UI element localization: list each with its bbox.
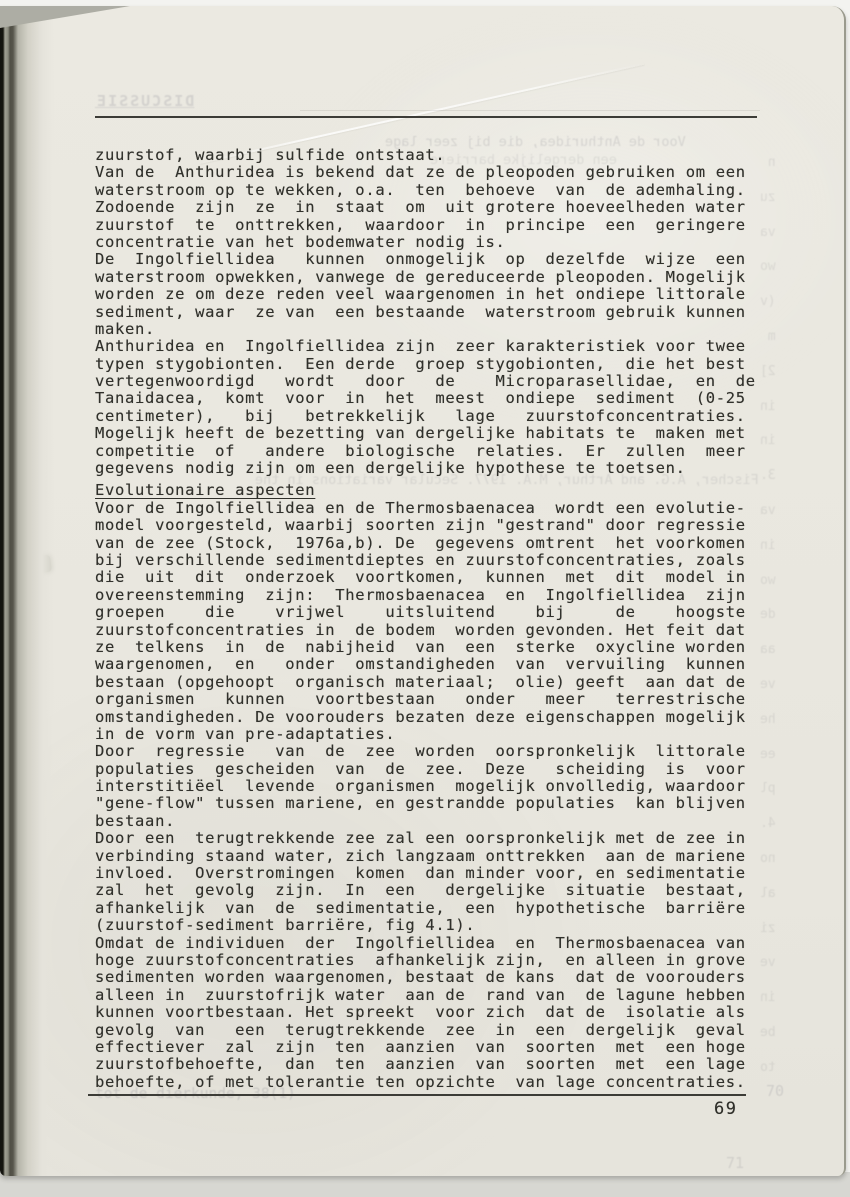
paper-page: DISCUSSIE Voor de Anthuridea, die bij ze… bbox=[0, 6, 846, 1176]
text-line: interstitiëel levende organismen mogelij… bbox=[95, 778, 759, 795]
text-line: maken. bbox=[95, 321, 759, 338]
text-line: waterstroom op te wekken, o.a. ten behoe… bbox=[95, 182, 759, 199]
text-line: effectiever zal zijn ten aanzien van soo… bbox=[95, 1039, 759, 1056]
page-top-edge-shadow bbox=[0, 6, 130, 28]
text-line: behoefte, of met tolerantie ten opzichte… bbox=[95, 1074, 759, 1091]
header-rule bbox=[95, 116, 757, 118]
text-line: "gene-flow" tussen mariene, en gestrandd… bbox=[95, 795, 759, 812]
text-line: overeenstemming zijn: Thermosbaenacea en… bbox=[95, 587, 759, 604]
text-line: Mogelijk heeft de bezetting van dergelij… bbox=[95, 425, 759, 442]
text-line: afhankelijk van de sedimentatie, een hyp… bbox=[95, 900, 759, 917]
ghost-page-number: 70 bbox=[766, 1082, 784, 1100]
text-line: sediment, waar ze van een bestaande wate… bbox=[95, 304, 759, 321]
text-line: kunnen voortbestaan. Het spreekt voor zi… bbox=[95, 1004, 759, 1021]
text-line: zuurstofconcentraties in de bodem worden… bbox=[95, 622, 759, 639]
text-line: gevolg van een terugtrekkende zee in een… bbox=[95, 1022, 759, 1039]
text-line: sedimenten worden waargenomen, bestaat d… bbox=[95, 969, 759, 986]
text-line: Voor de Ingolfiellidea en de Thermosbaen… bbox=[95, 500, 759, 517]
text-line: concentratie van het bodemwater nodig is… bbox=[95, 234, 759, 251]
text-line: Omdat de individuen der Ingolfiellidea e… bbox=[95, 935, 759, 952]
text-line: Zodoende zijn ze in staat om uit grotere… bbox=[95, 199, 759, 216]
text-line: vertegenwoordigd wordt door de Micropara… bbox=[95, 373, 759, 390]
text-line: zuurstof, waarbij sulfide ontstaat. bbox=[95, 147, 759, 164]
text-line: verbinding staand water, zich langzaam o… bbox=[95, 848, 759, 865]
text-line: gegevens nodig zijn om een dergelijke hy… bbox=[95, 460, 759, 477]
header-rule-ghost bbox=[300, 110, 760, 111]
binding-gutter bbox=[0, 6, 54, 1176]
text-line: Anthuridea en Ingolfiellidea zijn zeer k… bbox=[95, 338, 759, 355]
text-line: die uit dit onderzoek voortkomen, kunnen… bbox=[95, 569, 759, 586]
text-line: waargenomen, en onder omstandigheden van… bbox=[95, 656, 759, 673]
text-line: waterstroom opwekken, vanwege de gereduc… bbox=[95, 269, 759, 286]
text-line: ze telkens in de nabijheid van een sterk… bbox=[95, 639, 759, 656]
text-line: Door regressie van de zee worden oorspro… bbox=[95, 743, 759, 760]
text-line: bestaan (opgehoopt organisch materiaal; … bbox=[95, 674, 759, 691]
text-line: van de zee (Stock, 1976a,b). De gegevens… bbox=[95, 535, 759, 552]
page-number: 69 bbox=[714, 1099, 737, 1119]
ghost-page-number: 71 bbox=[726, 1154, 744, 1172]
body-text: zuurstof, waarbij sulfide ontstaat.Van d… bbox=[95, 147, 759, 1091]
text-line: groepen die vrijwel uitsluitend bij de h… bbox=[95, 604, 759, 621]
text-line: omstandigheden. De voorouders bezaten de… bbox=[95, 709, 759, 726]
text-line: worden ze om deze reden veel waargenomen… bbox=[95, 286, 759, 303]
text-line: zuurstof te onttrekken, waardoor in prin… bbox=[95, 217, 759, 234]
text-line: typen stygobionten. Een derde groep styg… bbox=[95, 356, 759, 373]
text-line: zal het gevolg zijn. In een dergelijke s… bbox=[95, 882, 759, 899]
text-line: De Ingolfiellidea kunnen onmogelijk op d… bbox=[95, 251, 759, 268]
text-line: organismen kunnen voortbestaan onder mee… bbox=[95, 691, 759, 708]
section-heading: Evolutionaire aspecten bbox=[95, 482, 759, 499]
text-line: hoge zuurstofconcentraties afhankelijk z… bbox=[95, 952, 759, 969]
text-line: Van de Anthuridea is bekend dat ze de pl… bbox=[95, 164, 759, 181]
scanned-book-page: DISCUSSIE Voor de Anthuridea, die bij ze… bbox=[0, 0, 850, 1197]
text-line: (zuurstof-sediment barriëre, fig 4.1). bbox=[95, 917, 759, 934]
text-line: centimeter), bij betrekkelijk lage zuurs… bbox=[95, 408, 759, 425]
ghost-bleed-right-margin: n zu va wo (v m 2] in in 3. va in wo de … bbox=[760, 146, 776, 1086]
text-line: Tanaidacea, komt voor in het meest ondie… bbox=[95, 390, 759, 407]
text-line: bestaan. bbox=[95, 813, 759, 830]
text-line: model voorgesteld, waarbij soorten zijn … bbox=[95, 517, 759, 534]
text-line: invloed. Overstromingen komen dan minder… bbox=[95, 865, 759, 882]
text-line: bij verschillende sedimentdieptes en zuu… bbox=[95, 552, 759, 569]
text-line: alleen in zuurstofrijk water aan de rand… bbox=[95, 987, 759, 1004]
text-line: competitie of andere biologische relatie… bbox=[95, 443, 759, 460]
text-line: Door een terugtrekkende zee zal een oors… bbox=[95, 830, 759, 847]
text-line: in de vorm van pre-adaptaties. bbox=[95, 726, 759, 743]
text-line: zuurstofbehoefte, dan ten aanzien van so… bbox=[95, 1056, 759, 1073]
ghost-chapter-header: DISCUSSIE bbox=[95, 92, 194, 110]
text-line: populaties gescheiden van de zee. Deze s… bbox=[95, 761, 759, 778]
footer-rule bbox=[88, 1094, 746, 1096]
